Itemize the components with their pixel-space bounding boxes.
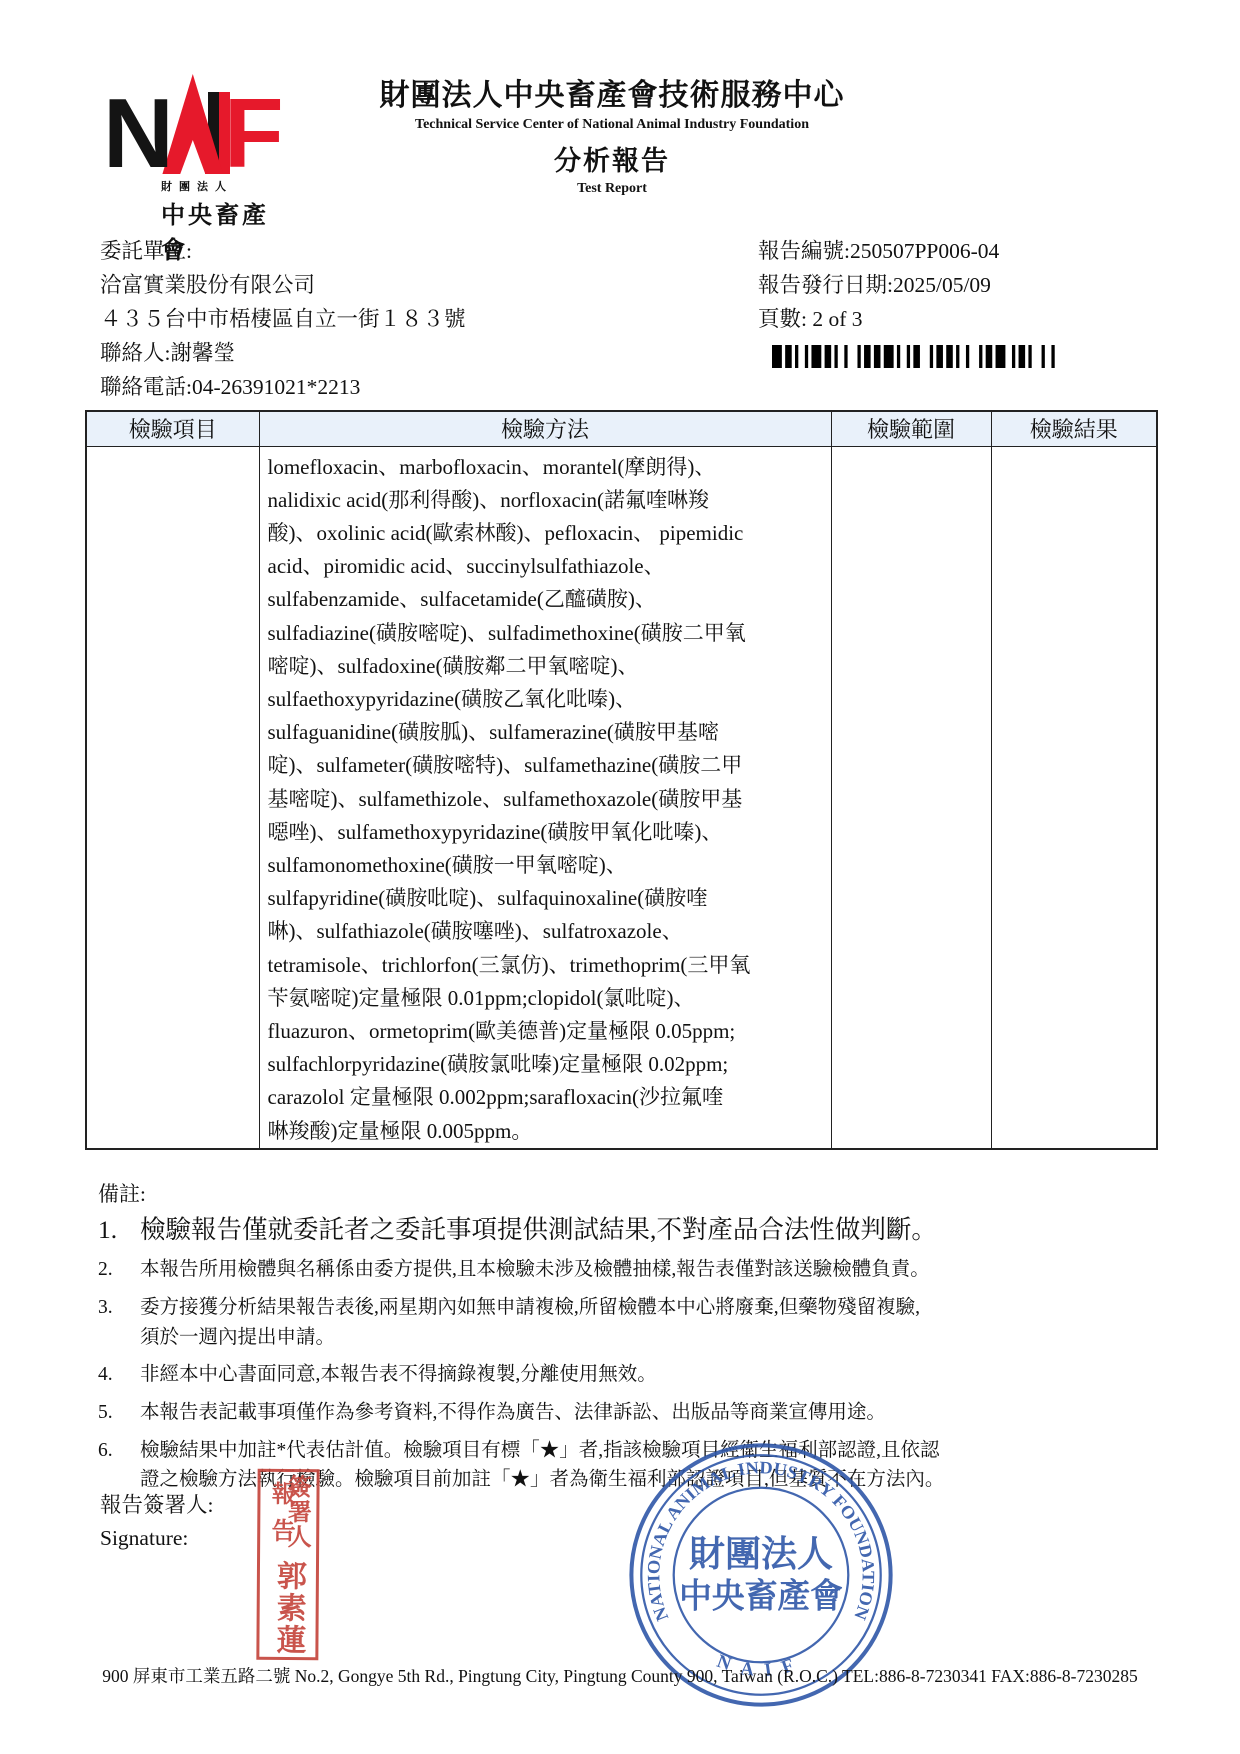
report-issue-date: 報告發行日期:2025/05/09 [758, 268, 999, 302]
cell-method: lomefloxacin、marbofloxacin、morantel(摩朗得)… [259, 446, 831, 1149]
client-label: 委託單位: [100, 234, 466, 268]
client-address: ４３５台中市梧棲區自立一街１８３號 [100, 302, 466, 336]
signer-label-zh: 報告簽署人: [100, 1488, 213, 1519]
header-titles: 財團法人中央畜產會技術服務中心 Technical Service Center… [272, 70, 952, 197]
logo-letter-n: N [103, 92, 170, 174]
note-item: 5. 本報告表記載事項僅作為參考資料,不得作為廣告、法律訴訟、出版品等商業宣傳用… [98, 1398, 1156, 1428]
report-title-en: Test Report [272, 181, 952, 197]
client-contact: 聯絡人:謝馨瑩 [100, 336, 466, 370]
note-item: 3. 委方接獲分析結果報告表後,兩星期內如無申請複檢,所留檢體本中心將廢棄,但藥… [98, 1293, 1156, 1352]
organization-title-zh: 財團法人中央畜產會技術服務中心 [272, 70, 952, 114]
cell-range [831, 446, 991, 1149]
note-item: 2. 本報告所用檢體與名稱係由委方提供,且本檢驗未涉及檢體抽樣,報告表僅對該送驗… [98, 1255, 1156, 1285]
column-header-item: 檢驗項目 [86, 411, 259, 446]
signer-red-stamp: 簽署人 報告 郭素蓮 [256, 1469, 319, 1660]
report-info: 報告編號:250507PP006-04 報告發行日期:2025/05/09 頁數… [758, 234, 999, 336]
footer-address: 900 屏東市工業五路二號 No.2, Gongye 5th Rd., Ping… [0, 1663, 1240, 1688]
note-text: 委方接獲分析結果報告表後,兩星期內如無申請複檢,所留檢體本中心將廢棄,但藥物殘留… [140, 1293, 1156, 1352]
note-text: 檢驗報告僅就委託者之委託事項提供測試結果,不對產品合法性做判斷。 [140, 1213, 1156, 1247]
note-number: 6. [98, 1436, 140, 1495]
seal-inner-ring [674, 1488, 849, 1663]
report-pages: 頁數: 2 of 3 [758, 302, 999, 336]
table-header-row: 檢驗項目 檢驗方法 檢驗範圍 檢驗結果 [86, 411, 1157, 446]
note-number: 3. [98, 1293, 140, 1352]
note-number: 4. [98, 1360, 140, 1390]
client-phone: 聯絡電話:04-26391021*2213 [100, 370, 466, 404]
test-method-table: 檢驗項目 檢驗方法 檢驗範圍 檢驗結果 lomefloxacin、marbofl… [85, 410, 1158, 1150]
stamp-signer-name: 郭素蓮 [265, 1560, 310, 1656]
naif-logo-letters: N F [103, 74, 293, 174]
organization-title-en: Technical Service Center of National Ani… [272, 117, 952, 133]
note-number: 2. [98, 1255, 140, 1285]
note-text: 本報告所用檢體與名稱係由委方提供,且本檢驗未涉及檢體抽樣,報告表僅對該送驗檢體負… [140, 1255, 1156, 1285]
signer-label-en: Signature: [100, 1526, 188, 1551]
report-title-zh: 分析報告 [272, 139, 952, 178]
barcode [772, 345, 1058, 368]
note-number: 1. [98, 1213, 140, 1247]
table-row: lomefloxacin、marbofloxacin、morantel(摩朗得)… [86, 446, 1157, 1149]
cell-item [86, 446, 259, 1149]
column-header-result: 檢驗結果 [991, 411, 1157, 446]
note-item: 4. 非經本中心書面同意,本報告表不得摘錄複製,分離使用無效。 [98, 1360, 1156, 1390]
seal-inner-line1: 財團法人 [689, 1534, 833, 1574]
client-name: 洽富實業股份有限公司 [100, 268, 466, 302]
client-info: 委託單位: 洽富實業股份有限公司 ４３５台中市梧棲區自立一街１８３號 聯絡人:謝… [100, 234, 466, 404]
column-header-method: 檢驗方法 [259, 411, 831, 446]
logo-letter-a-notch [180, 140, 205, 174]
stamp-title-left: 報告 [263, 1481, 299, 1555]
notes-label: 備註: [98, 1178, 1156, 1208]
note-number: 5. [98, 1398, 140, 1428]
test-report-page: N F 財團法人 中央畜產會 財團法人中央畜產會技術服務中心 Technical… [0, 0, 1240, 1754]
report-number: 報告編號:250507PP006-04 [758, 234, 999, 268]
cell-result [991, 446, 1157, 1149]
column-header-range: 檢驗範圍 [831, 411, 991, 446]
seal-middle-ring [641, 1455, 880, 1694]
note-text: 非經本中心書面同意,本報告表不得摘錄複製,分離使用無效。 [140, 1360, 1156, 1390]
seal-inner-line2: 中央畜產會 [679, 1577, 843, 1615]
note-text: 本報告表記載事項僅作為參考資料,不得作為廣告、法律訴訟、出版品等商業宣傳用途。 [140, 1398, 1156, 1428]
note-item: 1. 檢驗報告僅就委託者之委託事項提供測試結果,不對產品合法性做判斷。 [98, 1213, 1156, 1247]
